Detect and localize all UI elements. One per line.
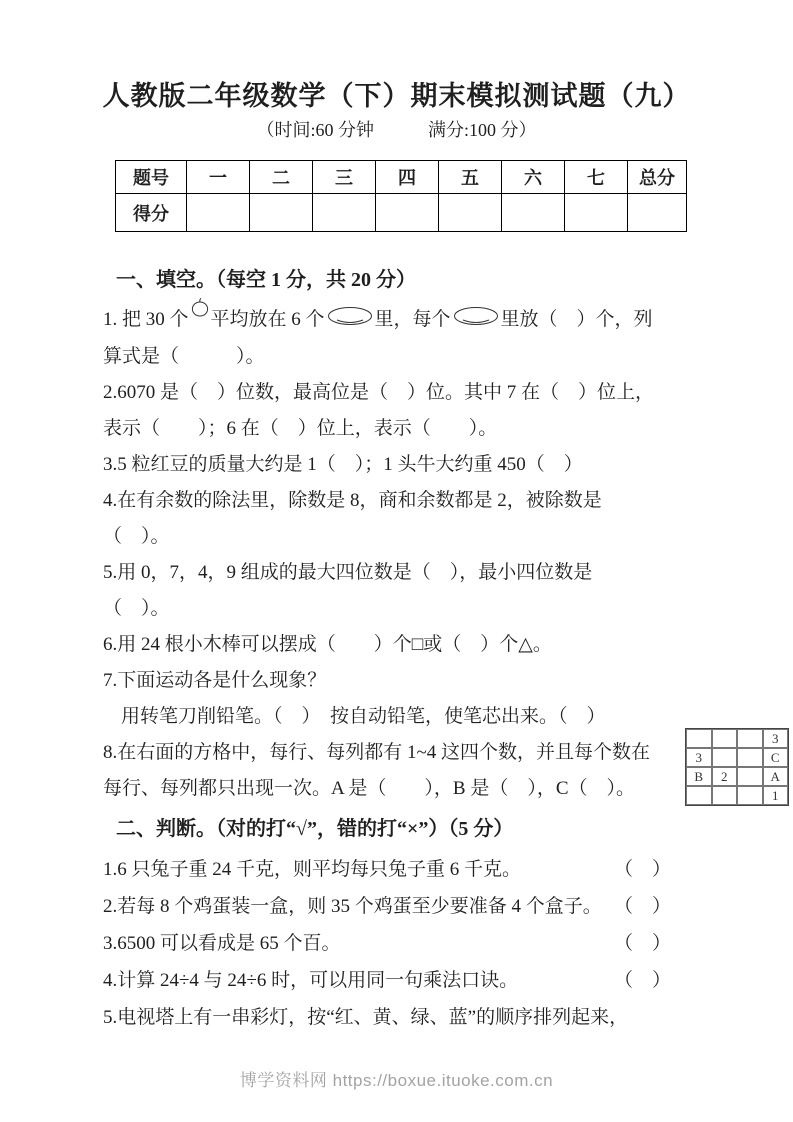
puzzle-grid-cell: A bbox=[763, 767, 789, 786]
score-value-cell bbox=[250, 194, 313, 232]
exam-paper-page: 人教版二年级数学（下）期末模拟测试题（九） （时间:60 分钟 满分:100 分… bbox=[0, 0, 793, 1122]
score-table-header-cell: 五 bbox=[439, 161, 502, 194]
question-2-line-2: 表示（ ）；6 在（ ）位上，表示（ ）。 bbox=[103, 411, 671, 447]
score-table-header-label: 题号 bbox=[116, 161, 187, 194]
question-4-line-1: 4.在有余数的除法里，除数是 8，商和余数都是 2，被除数是 bbox=[103, 483, 671, 519]
q1-text-seg1: 1. 把 30 个 bbox=[103, 309, 189, 330]
score-table-header-cell: 三 bbox=[313, 161, 376, 194]
judge-item-2: 2.若每 8 个鸡蛋装一盒，则 35 个鸡蛋至少要准备 4 个盒子。 （ ） bbox=[103, 888, 671, 925]
judge-item-3: 3.6500 可以看成是 65 个百。 （ ） bbox=[103, 925, 671, 962]
question-4-line-2: （ ）。 bbox=[103, 519, 671, 555]
answer-blank: （ ） bbox=[614, 851, 671, 888]
score-table-header-cell: 总分 bbox=[628, 161, 687, 194]
apple-icon bbox=[191, 294, 209, 330]
score-row-label: 得分 bbox=[116, 194, 187, 232]
question-5-line-2: （ ）。 bbox=[103, 591, 671, 627]
q1-text-seg3: 里，每个 bbox=[375, 309, 451, 330]
answer-blank: （ ） bbox=[614, 888, 671, 925]
question-6-line-1: 6.用 24 根小木棒可以摆成（ ）个□或（ ）个△。 bbox=[103, 627, 671, 663]
exam-content: 一、填空。（每空 1 分，共 20 分） 1. 把 30 个平均放在 6 个里，… bbox=[103, 266, 671, 1036]
puzzle-grid-cell bbox=[737, 767, 763, 786]
question-8-line-1: 8.在右面的方格中，每行、每列都有 1~4 这四个数，并且每个数在 bbox=[103, 735, 671, 771]
q1-text-seg2: 平均放在 6 个 bbox=[211, 309, 325, 330]
score-value-cell bbox=[376, 194, 439, 232]
q1-text-seg4: 里放（ ）个，列 bbox=[501, 309, 653, 330]
score-value-cell bbox=[502, 194, 565, 232]
score-table-header-cell: 六 bbox=[502, 161, 565, 194]
question-8-line-2: 每行、每列都只出现一次。A 是（ ），B 是（ ），C（ ）。 bbox=[103, 771, 671, 807]
number-puzzle-grid: 33CB2A1 bbox=[685, 728, 789, 806]
question-7-line-1: 7.下面运动各是什么现象？ bbox=[103, 663, 671, 699]
section1-heading: 一、填空。（每空 1 分，共 20 分） bbox=[116, 266, 671, 294]
puzzle-grid-cell: C bbox=[763, 748, 789, 767]
question-1-line-2: 算式是（ ）。 bbox=[103, 339, 671, 375]
score-table: 题号一二三四五六七总分得分 bbox=[115, 160, 687, 232]
score-table-body: 题号一二三四五六七总分得分 bbox=[116, 161, 687, 232]
judge-item-text: 4.计算 24÷4 与 24÷6 时，可以用同一句乘法口诀。 bbox=[103, 962, 518, 999]
question-2-line-1: 2.6070 是（ ）位数，最高位是（ ）位。其中 7 在（ ）位上， bbox=[103, 375, 671, 411]
puzzle-grid-cell bbox=[686, 786, 712, 805]
score-value-cell bbox=[187, 194, 250, 232]
judge-item-1: 1.6 只兔子重 24 千克，则平均每只兔子重 6 千克。 （ ） bbox=[103, 851, 671, 888]
puzzle-grid-cell bbox=[737, 729, 763, 748]
answer-blank: （ ） bbox=[614, 962, 671, 999]
question-7-line-2: 用转笔刀削铅笔。（ ） 按自动铅笔，使笔芯出来。（ ） bbox=[103, 699, 671, 735]
score-value-cell bbox=[439, 194, 502, 232]
score-table-header-cell: 二 bbox=[250, 161, 313, 194]
puzzle-grid-cell bbox=[712, 729, 738, 748]
score-value-cell bbox=[565, 194, 628, 232]
footer-watermark: 博学资料网 https://boxue.ituoke.com.cn bbox=[0, 1066, 793, 1091]
puzzle-grid-cell bbox=[737, 748, 763, 767]
score-table-header-cell: 四 bbox=[376, 161, 439, 194]
plate-icon bbox=[453, 305, 499, 341]
puzzle-grid-cell bbox=[712, 786, 738, 805]
judge-item-text: 5.电视塔上有一串彩灯，按“红、黄、绿、蓝”的顺序排列起来， bbox=[103, 999, 628, 1036]
judge-item-text: 2.若每 8 个鸡蛋装一盒，则 35 个鸡蛋至少要准备 4 个盒子。 bbox=[103, 888, 602, 925]
puzzle-grid-cell bbox=[737, 786, 763, 805]
judge-item-4: 4.计算 24÷4 与 24÷6 时，可以用同一句乘法口诀。 （ ） bbox=[103, 962, 671, 999]
puzzle-grid-cell: 2 bbox=[712, 767, 738, 786]
judge-item-text: 1.6 只兔子重 24 千克，则平均每只兔子重 6 千克。 bbox=[103, 851, 521, 888]
section2-heading: 二、判断。（对的打“√”，错的打“×”）（5 分） bbox=[116, 815, 671, 843]
plate-icon bbox=[327, 305, 373, 341]
question-5-line-1: 5.用 0，7，4，9 组成的最大四位数是（ ），最小四位数是 bbox=[103, 555, 671, 591]
puzzle-grid-cell bbox=[712, 748, 738, 767]
judge-item-text: 3.6500 可以看成是 65 个百。 bbox=[103, 925, 341, 962]
question-3-line-1: 3.5 粒红豆的质量大约是 1（ ）；1 头牛大约重 450（ ） bbox=[103, 447, 671, 483]
judge-item-5: 5.电视塔上有一串彩灯，按“红、黄、绿、蓝”的顺序排列起来， bbox=[103, 999, 671, 1036]
score-value-cell bbox=[313, 194, 376, 232]
puzzle-grid-cell: B bbox=[686, 767, 712, 786]
puzzle-grid-cell: 3 bbox=[763, 729, 789, 748]
question-1-line-1: 1. 把 30 个平均放在 6 个里，每个里放（ ）个，列 bbox=[103, 302, 671, 339]
puzzle-grid-cell: 3 bbox=[686, 748, 712, 767]
score-value-cell bbox=[628, 194, 687, 232]
page-subtitle: （时间:60 分钟 满分:100 分） bbox=[0, 118, 793, 142]
puzzle-grid-cell: 1 bbox=[763, 786, 789, 805]
score-table-header-cell: 七 bbox=[565, 161, 628, 194]
answer-blank: （ ） bbox=[614, 925, 671, 962]
score-table-header-cell: 一 bbox=[187, 161, 250, 194]
puzzle-grid-cell bbox=[686, 729, 712, 748]
page-title: 人教版二年级数学（下）期末模拟测试题（九） bbox=[0, 78, 793, 114]
